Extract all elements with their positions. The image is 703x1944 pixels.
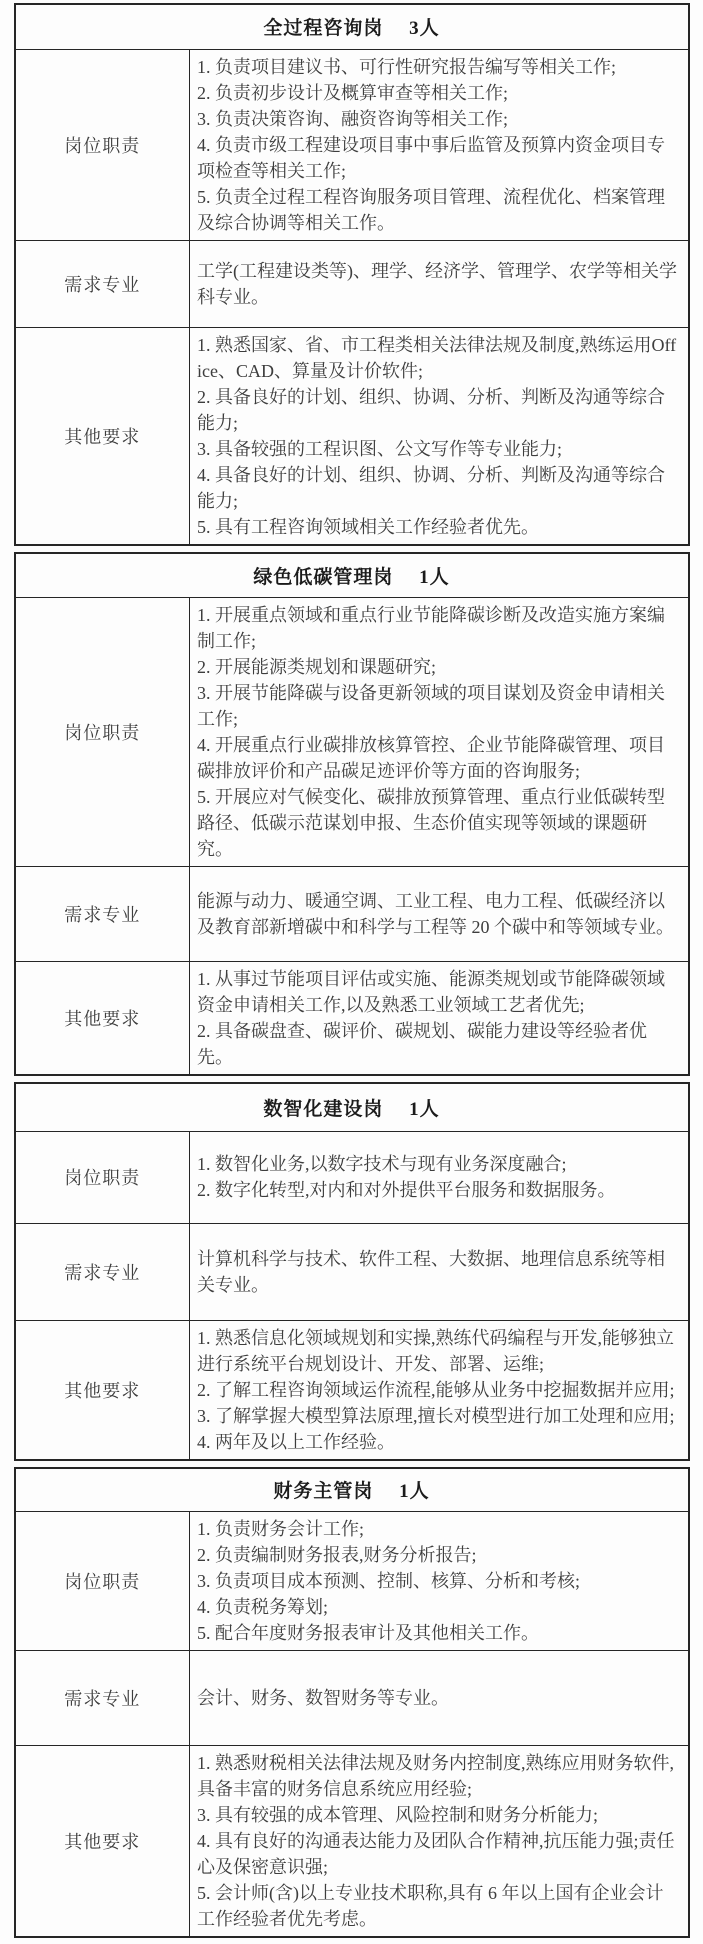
- table-row: 其他要求 1. 熟悉财税相关法律法规及财务内控制度,熟练应用财务软件,具备丰富的…: [15, 1746, 689, 1938]
- row-label-others: 其他要求: [15, 1746, 190, 1938]
- row-label-majors: 需求专业: [15, 1223, 190, 1320]
- row-label-majors: 需求专业: [15, 867, 190, 962]
- table-row: 全过程咨询岗 3人: [15, 4, 689, 49]
- duties-text: 1. 负责项目建议书、可行性研究报告编写等相关工作; 2. 负责初步设计及概算审…: [190, 49, 689, 240]
- row-label-others: 其他要求: [15, 962, 190, 1076]
- duties-text: 1. 开展重点领域和重点行业节能降碳诊断及改造实施方案编制工作; 2. 开展能源…: [190, 598, 689, 867]
- row-label-others: 其他要求: [15, 1320, 190, 1460]
- table-row: 数智化建设岗 1人: [15, 1083, 689, 1131]
- table-row: 岗位职责 1. 负责财务会计工作; 2. 负责编制财务报表,财务分析报告; 3.…: [15, 1512, 689, 1651]
- position-header: 数智化建设岗 1人: [15, 1083, 689, 1131]
- table-row: 其他要求 1. 熟悉国家、省、市工程类相关法律法规及制度,熟练运用Office、…: [15, 327, 689, 545]
- majors-text: 工学(工程建设类等)、理学、经济学、管理学、农学等相关学科专业。: [190, 240, 689, 327]
- job-table-consulting: 全过程咨询岗 3人 岗位职责 1. 负责项目建议书、可行性研究报告编写等相关工作…: [14, 3, 690, 546]
- row-label-duties: 岗位职责: [15, 1512, 190, 1651]
- table-row: 岗位职责 1. 数智化业务,以数字技术与现有业务深度融合; 2. 数字化转型,对…: [15, 1131, 689, 1223]
- row-label-duties: 岗位职责: [15, 49, 190, 240]
- row-label-majors: 需求专业: [15, 1651, 190, 1746]
- position-count: 1人: [419, 567, 450, 588]
- job-table-green-lowcarbon: 绿色低碳管理岗 1人 岗位职责 1. 开展重点领域和重点行业节能降碳诊断及改造实…: [14, 552, 690, 1077]
- others-text: 1. 从事过节能项目评估或实施、能源类规划或节能降碳领域资金申请相关工作,以及熟…: [190, 962, 689, 1076]
- table-row: 岗位职责 1. 开展重点领域和重点行业节能降碳诊断及改造实施方案编制工作; 2.…: [15, 598, 689, 867]
- table-row: 岗位职责 1. 负责项目建议书、可行性研究报告编写等相关工作; 2. 负责初步设…: [15, 49, 689, 240]
- position-title: 财务主管岗: [273, 1481, 373, 1502]
- position-count: 1人: [409, 1099, 440, 1120]
- majors-text: 能源与动力、暖通空调、工业工程、电力工程、低碳经济以及教育部新增碳中和科学与工程…: [190, 867, 689, 962]
- table-row: 其他要求 1. 从事过节能项目评估或实施、能源类规划或节能降碳领域资金申请相关工…: [15, 962, 689, 1076]
- majors-text: 计算机科学与技术、软件工程、大数据、地理信息系统等相关专业。: [190, 1223, 689, 1320]
- position-header: 绿色低碳管理岗 1人: [15, 553, 689, 598]
- position-count: 3人: [409, 18, 440, 39]
- job-table-digital: 数智化建设岗 1人 岗位职责 1. 数智化业务,以数字技术与现有业务深度融合; …: [14, 1082, 690, 1461]
- table-row: 绿色低碳管理岗 1人: [15, 553, 689, 598]
- majors-text: 会计、财务、数智财务等专业。: [190, 1651, 689, 1746]
- table-row: 需求专业 工学(工程建设类等)、理学、经济学、管理学、农学等相关学科专业。: [15, 240, 689, 327]
- position-count: 1人: [399, 1481, 430, 1502]
- row-label-duties: 岗位职责: [15, 598, 190, 867]
- table-row: 需求专业 会计、财务、数智财务等专业。: [15, 1651, 689, 1746]
- position-header: 财务主管岗 1人: [15, 1468, 689, 1512]
- duties-text: 1. 数智化业务,以数字技术与现有业务深度融合; 2. 数字化转型,对内和对外提…: [190, 1131, 689, 1223]
- row-label-others: 其他要求: [15, 327, 190, 545]
- position-title: 全过程咨询岗: [263, 18, 383, 39]
- duties-text: 1. 负责财务会计工作; 2. 负责编制财务报表,财务分析报告; 3. 负责项目…: [190, 1512, 689, 1651]
- table-row: 财务主管岗 1人: [15, 1468, 689, 1512]
- others-text: 1. 熟悉信息化领域规划和实操,熟练代码编程与开发,能够独立进行系统平台规划设计…: [190, 1320, 689, 1460]
- position-title: 数智化建设岗: [263, 1099, 383, 1120]
- position-title: 绿色低碳管理岗: [253, 567, 393, 588]
- row-label-majors: 需求专业: [15, 240, 190, 327]
- table-row: 需求专业 计算机科学与技术、软件工程、大数据、地理信息系统等相关专业。: [15, 1223, 689, 1320]
- table-row: 需求专业 能源与动力、暖通空调、工业工程、电力工程、低碳经济以及教育部新增碳中和…: [15, 867, 689, 962]
- others-text: 1. 熟悉国家、省、市工程类相关法律法规及制度,熟练运用Office、CAD、算…: [190, 327, 689, 545]
- job-table-finance: 财务主管岗 1人 岗位职责 1. 负责财务会计工作; 2. 负责编制财务报表,财…: [14, 1467, 690, 1939]
- row-label-duties: 岗位职责: [15, 1131, 190, 1223]
- table-row: 其他要求 1. 熟悉信息化领域规划和实操,熟练代码编程与开发,能够独立进行系统平…: [15, 1320, 689, 1460]
- position-header: 全过程咨询岗 3人: [15, 4, 689, 49]
- document-page: { "page": { "background": "#fdfdfd", "bo…: [0, 0, 703, 1938]
- others-text: 1. 熟悉财税相关法律法规及财务内控制度,熟练应用财务软件,具备丰富的财务信息系…: [190, 1746, 689, 1938]
